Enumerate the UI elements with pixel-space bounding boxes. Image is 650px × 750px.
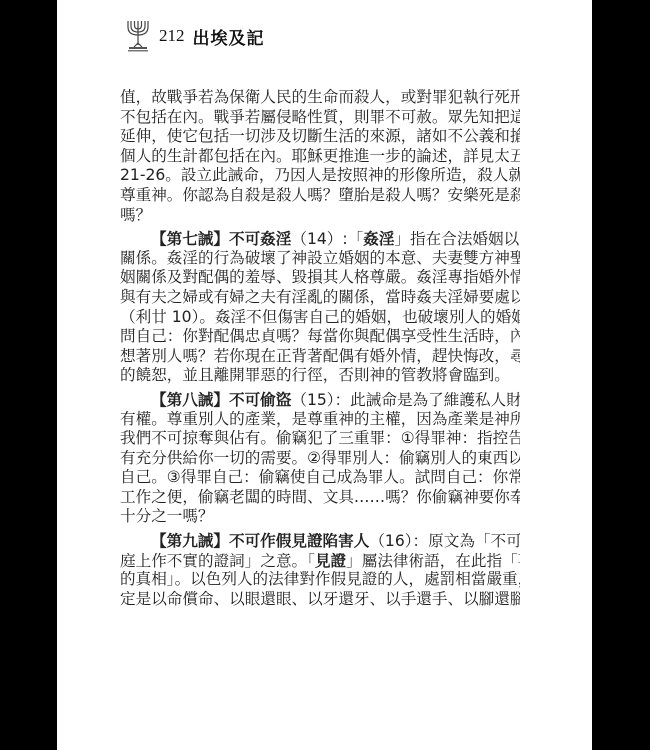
text-line: 值，故戰爭若為保衛人民的生命而殺人，或對罪犯執行死刑，就 xyxy=(120,88,520,108)
text-line: 我們不可掠奪與佔有。偷竊犯了三重罪：①得罪神：指控告神沒 xyxy=(120,429,520,449)
text-line: （利廿 10）。姦淫不但傷害自己的婚姻，也破壞別人的婚姻。試 xyxy=(120,308,520,328)
text-line: 有權。尊重別人的產業，是尊重神的主權，因為產業是神所賜的， xyxy=(120,410,520,430)
paragraph-eighth-commandment: 【第八誡】不可偷盜（15）：此誡命是為了維護私人財產擁 有權。尊重別人的產業，是… xyxy=(120,390,520,527)
text-line: 延伸，使它包括一切涉及切斷生活的來源，諸如不公義和搶奪一 xyxy=(120,127,520,147)
text-line: 自己。③得罪自己：偷竊使自己成為罪人。試問自己：你常利用 xyxy=(120,468,520,488)
key-term: 姦淫 xyxy=(363,229,394,248)
text-line: 問自己：你對配偶忠貞嗎？每當你與配偶享受性生活時，內心常 xyxy=(120,327,520,347)
menorah-icon xyxy=(125,19,151,53)
text-line: 21-26。設立此誡命，乃因人是按照神的形像所造，殺人就是不 xyxy=(120,166,520,186)
book-title: 出埃及記 xyxy=(193,24,265,49)
text-line: 嗎？ xyxy=(120,206,520,226)
text-span: （16）：原文為「不可在法 xyxy=(369,532,520,550)
text-span: （15）：此誡命是為了維護私人財產擁 xyxy=(291,391,520,409)
text-line: 【第九誡】不可作假見證陷害人（16）：原文為「不可在法 xyxy=(120,531,520,551)
key-term: 見證 xyxy=(315,551,346,570)
page-header: 212 出埃及記 xyxy=(125,18,265,54)
text-line: 【第七誡】不可姦淫（14）:「姦淫」指在合法婚姻以外的性 xyxy=(120,229,520,249)
text-line: 十分之一嗎？ xyxy=(120,507,520,527)
page-number: 212 xyxy=(159,26,185,46)
commandment-heading: 【第八誡】不可偷盜 xyxy=(151,390,291,409)
text-line: 與有夫之婦或有婦之夫有淫亂的關係，當時姦夫淫婦要處以死刑 xyxy=(120,288,520,308)
text-line: 姻關係及對配偶的羞辱、毀損其人格尊嚴。姦淫專指婚外情，是 xyxy=(120,268,520,288)
paragraph-seventh-commandment: 【第七誡】不可姦淫（14）:「姦淫」指在合法婚姻以外的性 關係。姦淫的行為破壞了… xyxy=(120,229,520,386)
book-page: 212 出埃及記 值，故戰爭若為保衛人民的生命而殺人，或對罪犯執行死刑，就 不包… xyxy=(57,0,592,750)
text-line: 尊重神。你認為自殺是殺人嗎？墮胎是殺人嗎？安樂死是殺人 xyxy=(120,186,520,206)
text-line: 庭上作不實的證詞」之意。「見證」屬法律術語，在此指「事情 xyxy=(120,551,520,571)
text-span: 」屬法律術語，在此指「事情 xyxy=(346,552,520,570)
text-span: 庭上作不實的證詞」之意。「 xyxy=(120,552,315,570)
paragraph-ninth-commandment: 【第九誡】不可作假見證陷害人（16）：原文為「不可在法 庭上作不實的證詞」之意。… xyxy=(120,531,520,609)
text-line: 想著別人嗎？若你現在正背著配偶有婚外情，趕快悔改，尋求神 xyxy=(120,347,520,367)
text-line: 關係。姦淫的行為破壞了神設立婚姻的本意、夫妻雙方神聖的婚 xyxy=(120,249,520,269)
verse-ref: （14）:「 xyxy=(291,230,363,248)
text-line: 的饒恕，並且離開罪惡的行徑，否則神的管教將會臨到。 xyxy=(120,366,520,386)
text-line: 【第八誡】不可偷盜（15）：此誡命是為了維護私人財產擁 xyxy=(120,390,520,410)
text-line: 定是以命償命、以眼還眼、以牙還牙、以手還手、以腳還腳（申 xyxy=(120,590,520,610)
text-line: 有充分供給你一切的需要。②得罪別人：偷竊別人的東西以滿足 xyxy=(120,449,520,469)
text-span: 」指在合法婚姻以外的性 xyxy=(394,230,520,248)
text-line: 的真相」。以色列人的法律對作假見證的人，處罰相當嚴重，規 xyxy=(120,570,520,590)
commandment-heading: 【第七誡】不可姦淫 xyxy=(151,229,291,248)
commandment-heading: 【第九誡】不可作假見證陷害人 xyxy=(151,531,369,550)
text-line: 不包括在內。戰爭若屬侵略性質，則罪不可赦。眾先知把這誡命 xyxy=(120,108,520,128)
text-line: 個人的生計都包括在內。耶穌更推進一步的論述，詳見太五 xyxy=(120,147,520,167)
body-text: 值，故戰爭若為保衛人民的生命而殺人，或對罪犯執行死刑，就 不包括在內。戰爭若屬侵… xyxy=(120,88,520,609)
text-line: 工作之便，偷竊老闆的時間、文具……嗎？你偷竊神要你奉獻的 xyxy=(120,488,520,508)
paragraph-sixth-commandment-cont: 值，故戰爭若為保衛人民的生命而殺人，或對罪犯執行死刑，就 不包括在內。戰爭若屬侵… xyxy=(120,88,520,225)
